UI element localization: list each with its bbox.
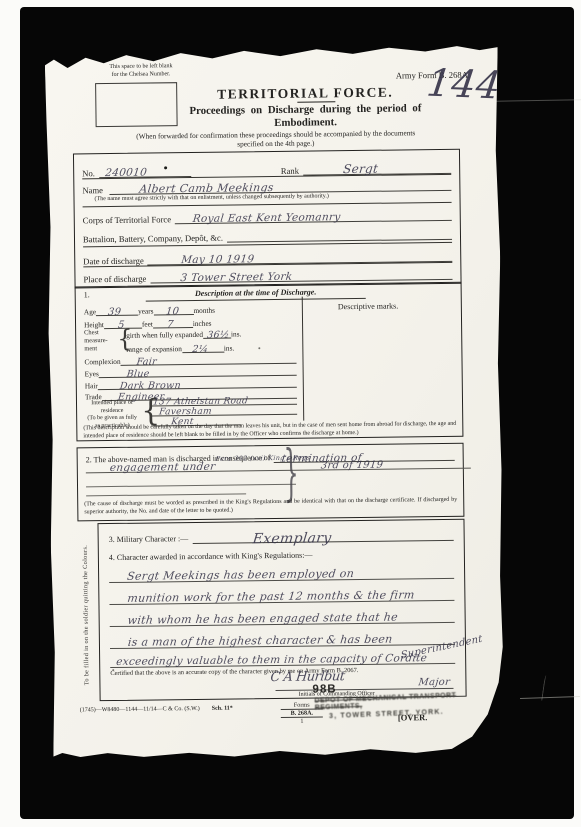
girth-unit: ins.	[231, 329, 241, 338]
ink-speck	[112, 669, 114, 671]
character-text-2: munition work for the past 12 months & t…	[127, 588, 416, 605]
schedule-ref: Sch. 11*	[212, 706, 233, 714]
age-months-unit: months	[193, 306, 215, 315]
blank-rule	[86, 493, 246, 496]
description-divider	[302, 297, 305, 421]
discharge-footnote: (The cause of discharge must be worded a…	[84, 497, 457, 517]
row-place: Place of discharge 3 Tower Street York	[83, 264, 452, 285]
character-text-1: Sergt Meekings has been employed on	[126, 567, 354, 583]
center-brace: }	[284, 442, 299, 503]
character-text-5: exceedingly valuable to them in the capa…	[116, 652, 428, 668]
form-page: This space to be left blank for the Chel…	[45, 44, 507, 758]
expansion-unit: ins.	[224, 344, 234, 353]
age-months-value: 10	[165, 307, 179, 316]
printer-imprint: (1745)—W8480—1144—11/14—C & Co. (S.W.)	[80, 706, 200, 715]
printer-imprint-row: (1745)—W8480—1144—11/14—C & Co. (S.W.) S…	[80, 706, 233, 715]
description-heading: Description at the time of Discharge.	[146, 287, 366, 302]
age-label: Age	[84, 307, 96, 316]
military-character-value: Exemplary	[252, 533, 332, 544]
ink-speck	[258, 347, 260, 349]
corps-field: Royal East Kent Yeomanry	[175, 209, 452, 224]
rank-field: Sergt	[303, 162, 451, 176]
age-months-field: 10	[153, 303, 193, 315]
character-line-2: munition work for the past 12 months & t…	[109, 582, 454, 605]
military-character-label: 3. Military Character :—	[109, 534, 189, 545]
complexion-label: Complexion	[84, 357, 120, 366]
description-section-number: 1.	[84, 290, 90, 300]
forward-note: (When forwarded for confirmation these p…	[76, 128, 476, 151]
girth-label: girth when fully expanded	[126, 330, 203, 340]
description-footnote: (This description should be carefully ta…	[83, 421, 456, 441]
age-years-unit: years	[138, 306, 154, 315]
chest-label: Chest measure- ment	[84, 329, 118, 353]
ink-speck	[164, 166, 167, 169]
character-line-4: is a man of the highest character & has …	[110, 626, 455, 649]
row-name: Name Albert Camb Meekings (The name must…	[82, 176, 451, 208]
descriptive-marks-heading: Descriptive marks.	[338, 301, 399, 312]
discharge-cause-date: 3rd of 1919	[320, 460, 384, 472]
height-label: Height	[84, 320, 104, 329]
unit-rubber-stamp: DEPOT OF MECHANICAL TRANSPORT REGIMENTS,…	[314, 692, 475, 721]
scan-scratch	[520, 696, 580, 699]
girth-row: girth when fully expanded 36½ ins.	[126, 326, 296, 340]
character-box: 3. Military Character :— Exemplary 4. Ch…	[97, 519, 466, 701]
corps-value: Royal East Kent Yeomanry	[192, 211, 341, 225]
row-corps-battalion: Corps of Territorial Force Royal East Ke…	[83, 204, 452, 248]
expansion-field: 2¼	[182, 341, 224, 354]
scanned-document: This space to be left blank for the Chel…	[0, 0, 581, 827]
discharge-cause-box: 2. The above-named man is discharged in …	[77, 443, 465, 522]
battalion-field	[227, 228, 452, 243]
military-character-row: 3. Military Character :— Exemplary	[109, 526, 454, 545]
date-value: May 10 1919	[181, 253, 255, 266]
girth-value: 36½	[207, 331, 230, 340]
character-text-4: is a man of the highest character & has …	[127, 633, 393, 649]
place-field: 3 Tower Street York	[150, 268, 452, 284]
discharge-cause-line2: engagement under	[109, 461, 216, 474]
age-years-value: 39	[108, 308, 122, 317]
age-years-field: 39	[96, 304, 138, 317]
character-line-3: with whom he has been engaged state that…	[110, 604, 455, 627]
rank-value: Sergt	[342, 162, 379, 176]
blank-rule	[86, 484, 296, 488]
chelsea-note: This space to be left blank for the Chel…	[89, 63, 193, 79]
over-note: [OVER.	[398, 712, 428, 722]
name-value: Albert Camb Meekings	[138, 181, 274, 196]
scan-scratch	[490, 99, 581, 102]
no-label: No.	[82, 168, 95, 178]
description-box: 1. Description at the time of Discharge.…	[75, 282, 464, 442]
signature-rank: Major	[418, 677, 451, 688]
date-field: May 10 1919	[148, 250, 453, 266]
residence-fields: 137 Athelstan Road Faversham Kent	[151, 395, 297, 427]
military-character-field: Exemplary	[192, 526, 454, 544]
particulars-box: No. 240010 Rank Sergt Name Albert Camb M…	[73, 149, 462, 289]
character-text-3: with whom he has been engaged state that…	[127, 611, 399, 627]
corps-label: Corps of Territorial Force	[83, 214, 171, 225]
margin-note: To be filled in on the soldier quitting …	[82, 535, 91, 685]
girth-field: 36½	[203, 327, 231, 339]
place-label: Place of discharge	[83, 274, 146, 285]
eyes-label: Eyes	[85, 369, 99, 378]
no-field: 240010	[99, 165, 191, 178]
no-value: 240010	[104, 167, 147, 180]
rank-label: Rank	[281, 166, 299, 176]
battalion-label: Battalion, Battery, Company, Depôt, &c.	[83, 233, 223, 245]
date-label: Date of discharge	[83, 256, 144, 267]
name-label: Name	[82, 185, 103, 195]
place-value: 3 Tower Street York	[180, 271, 293, 284]
form-subtitle: Proceedings on Discharge during the peri…	[140, 102, 470, 131]
character-line-1: Sergt Meekings has been employed on	[109, 560, 454, 583]
